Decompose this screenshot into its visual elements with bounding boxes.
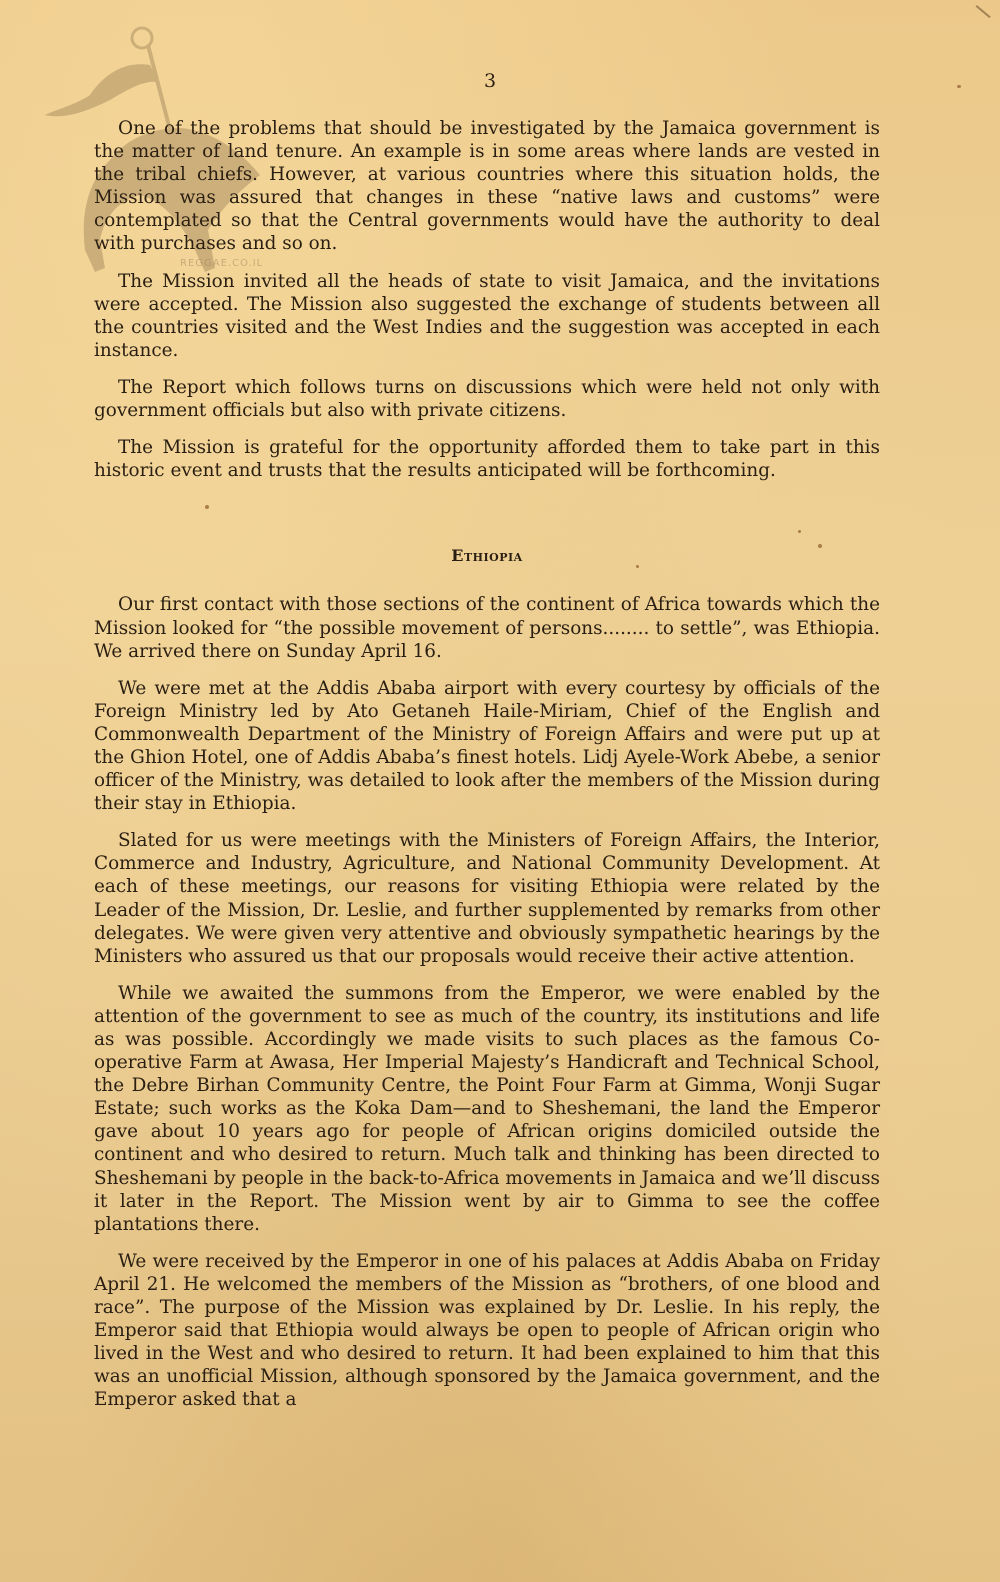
intro-paragraph: The Mission invited all the heads of sta… [94,270,880,362]
paper-edge-mark [976,0,999,18]
scanned-page: REGGAE.CO.IL 3 One of the problems that … [0,0,1000,1582]
document-body: One of the problems that should be inves… [94,117,880,1426]
section-paragraph: We were met at the Addis Ababa airport w… [94,677,880,816]
section-paragraph: We were received by the Emperor in one o… [94,1250,880,1412]
intro-paragraph: The Report which follows turns on discus… [94,376,880,422]
intro-paragraph: One of the problems that should be inves… [94,117,880,256]
page-number: 3 [0,70,980,92]
intro-paragraph: The Mission is grateful for the opportun… [94,436,880,482]
section-paragraph: Our first contact with those sections of… [94,593,880,662]
section-heading-ethiopia: Ethiopia [94,544,880,567]
section-paragraph: Slated for us were meetings with the Min… [94,829,880,968]
section-paragraph: While we awaited the summons from the Em… [94,982,880,1236]
